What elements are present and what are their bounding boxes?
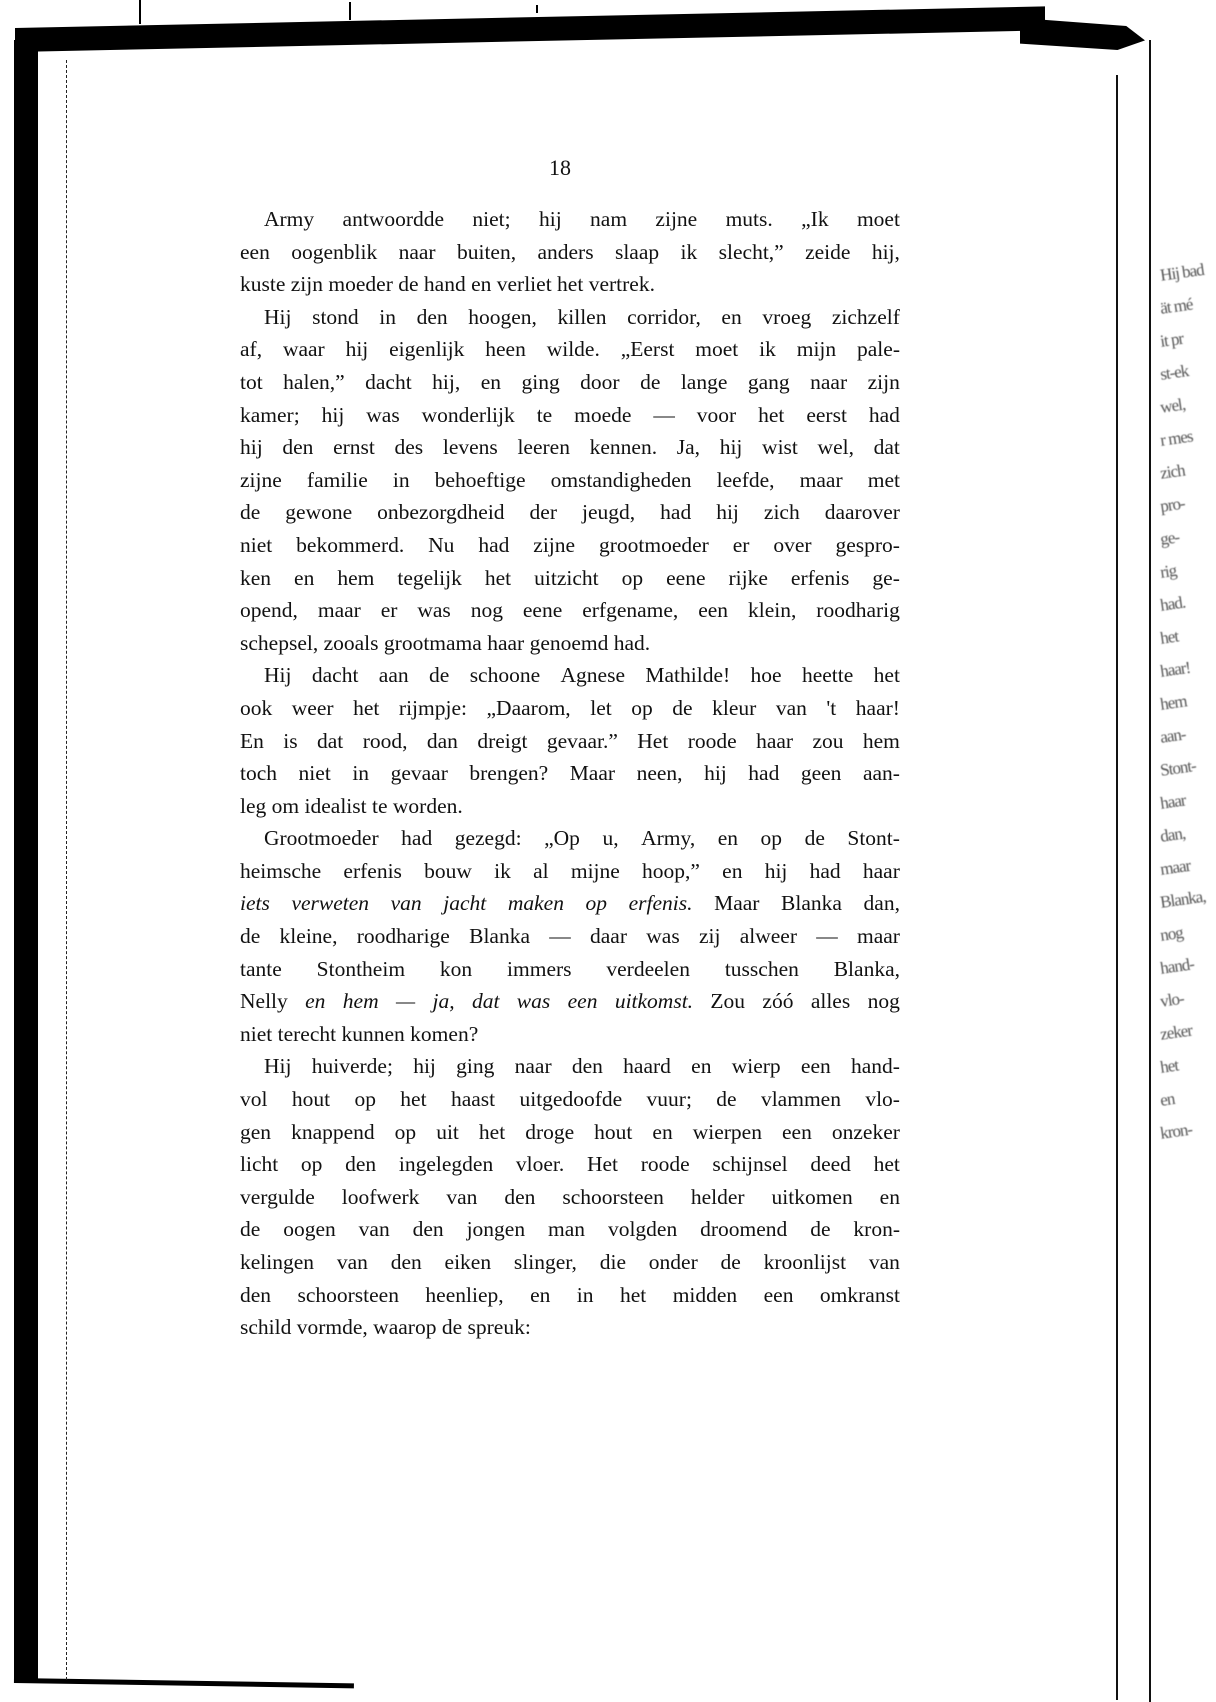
text-line: niet terecht kunnen komen? xyxy=(240,1018,900,1051)
page-edge-right xyxy=(1116,75,1118,1700)
text-line: hijdenernstdeslevensleerenkennen.Ja,hijw… xyxy=(240,431,900,464)
text-line: degewoneonbezorgdheidderjeugd,hadhijzich… xyxy=(240,496,900,529)
book-page: 18 Armyantwoorddeniet;hijnamzijnemuts.„I… xyxy=(240,155,900,1344)
paragraph: Hijstondindenhoogen,killencorridor,envro… xyxy=(240,301,900,660)
scan-border-corner xyxy=(1020,18,1145,50)
text-line: schepsel, zooals grootmama haar genoemd … xyxy=(240,627,900,660)
scan-tick-mark xyxy=(349,2,351,20)
paragraph: Armyantwoorddeniet;hijnamzijnemuts.„Ikmo… xyxy=(240,203,900,301)
text-line: genknappendopuithetdrogehoutenwierpeneen… xyxy=(240,1116,900,1149)
paragraph: Hijhuiverde;hijgingnaardenhaardenwierpee… xyxy=(240,1050,900,1343)
text-line: Hijstondindenhoogen,killencorridor,envro… xyxy=(240,301,900,334)
text-line: heimscheerfenisbouwikalmijnehoop,”enhijh… xyxy=(240,855,900,888)
text-line: Nellyenhem—ja,datwaseenuitkomst.Zouzóóal… xyxy=(240,985,900,1018)
text-line: zijnefamilieinbehoeftigeomstandighedenle… xyxy=(240,464,900,497)
scan-tick-mark xyxy=(536,5,538,13)
scan-tick-mark xyxy=(139,0,141,24)
text-line: Hijhuiverde;hijgingnaardenhaardenwierpee… xyxy=(240,1050,900,1083)
text-line: ookweerhetrijmpje:„Daarom,letopdekleurva… xyxy=(240,692,900,725)
text-line: kuste zijn moeder de hand en verliet het… xyxy=(240,268,900,301)
text-line: dekleine,roodharigeBlanka—daarwaszijalwe… xyxy=(240,920,900,953)
facing-page-bleed-through: Hij badät méit prst-ekwel,r meszichpro-g… xyxy=(1160,255,1216,1315)
text-line: deoogenvandenjongenmanvolgdendroomenddek… xyxy=(240,1213,900,1246)
text-line: schild vormde, waarop de spreuk: xyxy=(240,1311,900,1344)
paragraph: Grootmoederhadgezegd:„Opu,Army,enopdeSto… xyxy=(240,822,900,1050)
text-line: Grootmoederhadgezegd:„Opu,Army,enopdeSto… xyxy=(240,822,900,855)
text-line: ietsverwetenvanjachtmakenoperfenis.MaarB… xyxy=(240,887,900,920)
text-line: leg om idealist te worden. xyxy=(240,790,900,823)
text-line: tothalen,”dachthij,engingdoordelangegang… xyxy=(240,366,900,399)
scan-border-bottom xyxy=(14,1678,354,1688)
text-line: nietbekommerd.Nuhadzijnegrootmoedererove… xyxy=(240,529,900,562)
text-line: denschoorsteenheenliep,eninhetmiddeneeno… xyxy=(240,1279,900,1312)
text-line: HijdachtaandeschooneAgneseMathilde!hoehe… xyxy=(240,659,900,692)
text-line: verguldeloofwerkvandenschoorsteenhelderu… xyxy=(240,1181,900,1214)
text-line: tanteStontheimkonimmersverdeelentusschen… xyxy=(240,953,900,986)
text-line: opend,maarerwasnogeeneerfgename,eenklein… xyxy=(240,594,900,627)
text-line: tochnietingevaarbrengen?Maarneen,hijhadg… xyxy=(240,757,900,790)
paragraph: HijdachtaandeschooneAgneseMathilde!hoehe… xyxy=(240,659,900,822)
text-line: kamer;hijwaswonderlijktemoede—voorheteer… xyxy=(240,399,900,432)
text-line: af,waarhijeigenlijkheenwilde.„Eerstmoeti… xyxy=(240,333,900,366)
scan-border-top xyxy=(15,6,1045,52)
text-line: kenenhemtegelijkhetuitzichtopeenerijkeer… xyxy=(240,562,900,595)
text-line: volhoutophethaastuitgedoofdevuur;devlamm… xyxy=(240,1083,900,1116)
text-line: eenoogenbliknaarbuiten,andersslaapikslec… xyxy=(240,236,900,269)
scan-border-left xyxy=(14,40,38,1683)
page-edge-left xyxy=(66,60,68,1680)
text-line: Armyantwoorddeniet;hijnamzijnemuts.„Ikmo… xyxy=(240,203,900,236)
page-text-body: Armyantwoorddeniet;hijnamzijnemuts.„Ikmo… xyxy=(240,203,900,1344)
text-line: kelingenvandeneikenslinger,dieonderdekro… xyxy=(240,1246,900,1279)
text-line: Enisdatrood,dandreigtgevaar.”Hetroodehaa… xyxy=(240,725,900,758)
page-number: 18 xyxy=(220,155,900,181)
bleed-fragment: kron- xyxy=(1160,1109,1216,1149)
text-line: lichtopdeningelegdenvloer.Hetroodeschijn… xyxy=(240,1148,900,1181)
book-gutter-edge xyxy=(1149,40,1151,1702)
